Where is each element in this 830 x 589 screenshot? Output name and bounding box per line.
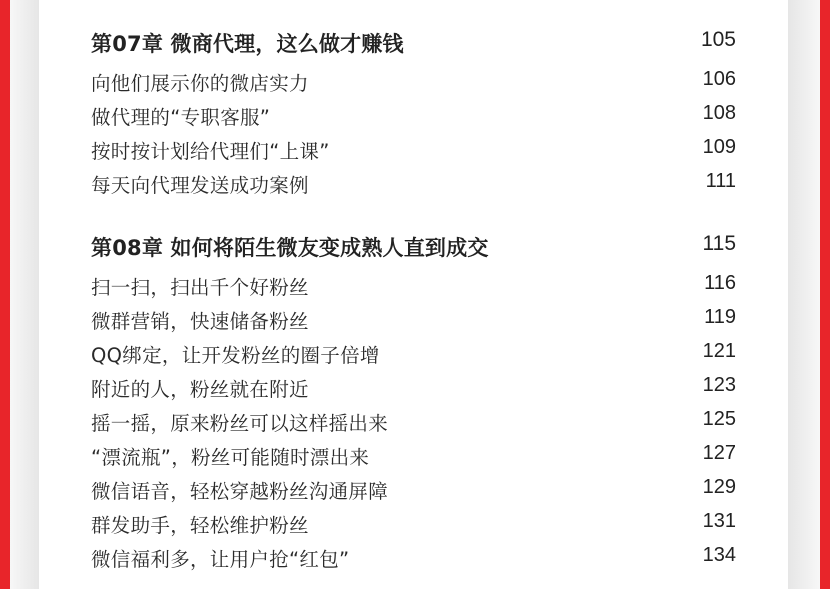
toc-entry[interactable]: 微信福利多，让用户抢“红包” 134: [91, 544, 736, 574]
entry-title: 附近的人，粉丝就在附近: [91, 374, 309, 402]
entry-title: QQ绑定，让开发粉丝的圈子倍增: [91, 340, 380, 368]
chapter-08-heading[interactable]: 第08章 如何将陌生微友变成熟人直到成交 115: [91, 232, 736, 262]
left-page-shadow: [10, 0, 39, 589]
toc-entry[interactable]: 向他们展示你的微店实力 106: [91, 68, 736, 98]
page-number: 115: [703, 232, 736, 256]
chapter-title: 第08章 如何将陌生微友变成熟人直到成交: [91, 232, 489, 262]
page-number: 116: [704, 272, 736, 295]
chapter-07-heading[interactable]: 第07章 微商代理，这么做才赚钱 105: [91, 28, 736, 58]
page-number: 105: [701, 28, 736, 52]
page-number: 106: [703, 68, 736, 91]
toc-entry[interactable]: 扫一扫，扫出千个好粉丝 116: [91, 272, 736, 302]
entry-title: “漂流瓶”，粉丝可能随时漂出来: [91, 442, 369, 470]
page-number: 129: [703, 476, 736, 499]
toc-entry[interactable]: 摇一摇，原来粉丝可以这样摇出来 125: [91, 408, 736, 438]
right-page-shadow: [788, 0, 820, 589]
page-number: 109: [703, 136, 736, 159]
page-number: 125: [703, 408, 736, 431]
page-number: 119: [704, 306, 736, 329]
page-number: 123: [703, 374, 736, 397]
entry-title: 向他们展示你的微店实力: [91, 68, 309, 96]
entry-title: 按时按计划给代理们“上课”: [91, 136, 330, 164]
entry-title: 微群营销，快速储备粉丝: [91, 306, 309, 334]
right-red-border: [820, 0, 830, 589]
page-number: 111: [706, 170, 736, 193]
toc-entry[interactable]: 微信语音，轻松穿越粉丝沟通屏障 129: [91, 476, 736, 506]
left-red-border: [0, 0, 10, 589]
toc-entry[interactable]: QQ绑定，让开发粉丝的圈子倍增 121: [91, 340, 736, 370]
toc-entry[interactable]: 微群营销，快速储备粉丝 119: [91, 306, 736, 336]
entry-title: 扫一扫，扫出千个好粉丝: [91, 272, 309, 300]
entry-title: 群发助手，轻松维护粉丝: [91, 510, 309, 538]
entry-title: 每天向代理发送成功案例: [91, 170, 309, 198]
page-number: 134: [703, 544, 736, 567]
toc-entry[interactable]: 按时按计划给代理们“上课” 109: [91, 136, 736, 166]
toc-entry[interactable]: “漂流瓶”，粉丝可能随时漂出来 127: [91, 442, 736, 472]
page-number: 131: [703, 510, 736, 533]
page-number: 108: [703, 102, 736, 125]
toc-entry[interactable]: 做代理的“专职客服” 108: [91, 102, 736, 132]
entry-title: 摇一摇，原来粉丝可以这样摇出来: [91, 408, 388, 436]
entry-title: 微信语音，轻松穿越粉丝沟通屏障: [91, 476, 388, 504]
entry-title: 微信福利多，让用户抢“红包”: [91, 544, 349, 572]
toc-entry[interactable]: 群发助手，轻松维护粉丝 131: [91, 510, 736, 540]
toc-entry[interactable]: 每天向代理发送成功案例 111: [91, 170, 736, 200]
chapter-title: 第07章 微商代理，这么做才赚钱: [91, 28, 404, 58]
page-number: 121: [703, 340, 736, 363]
page-number: 127: [703, 442, 736, 465]
entry-title: 做代理的“专职客服”: [91, 102, 270, 130]
toc-entry[interactable]: 附近的人，粉丝就在附近 123: [91, 374, 736, 404]
